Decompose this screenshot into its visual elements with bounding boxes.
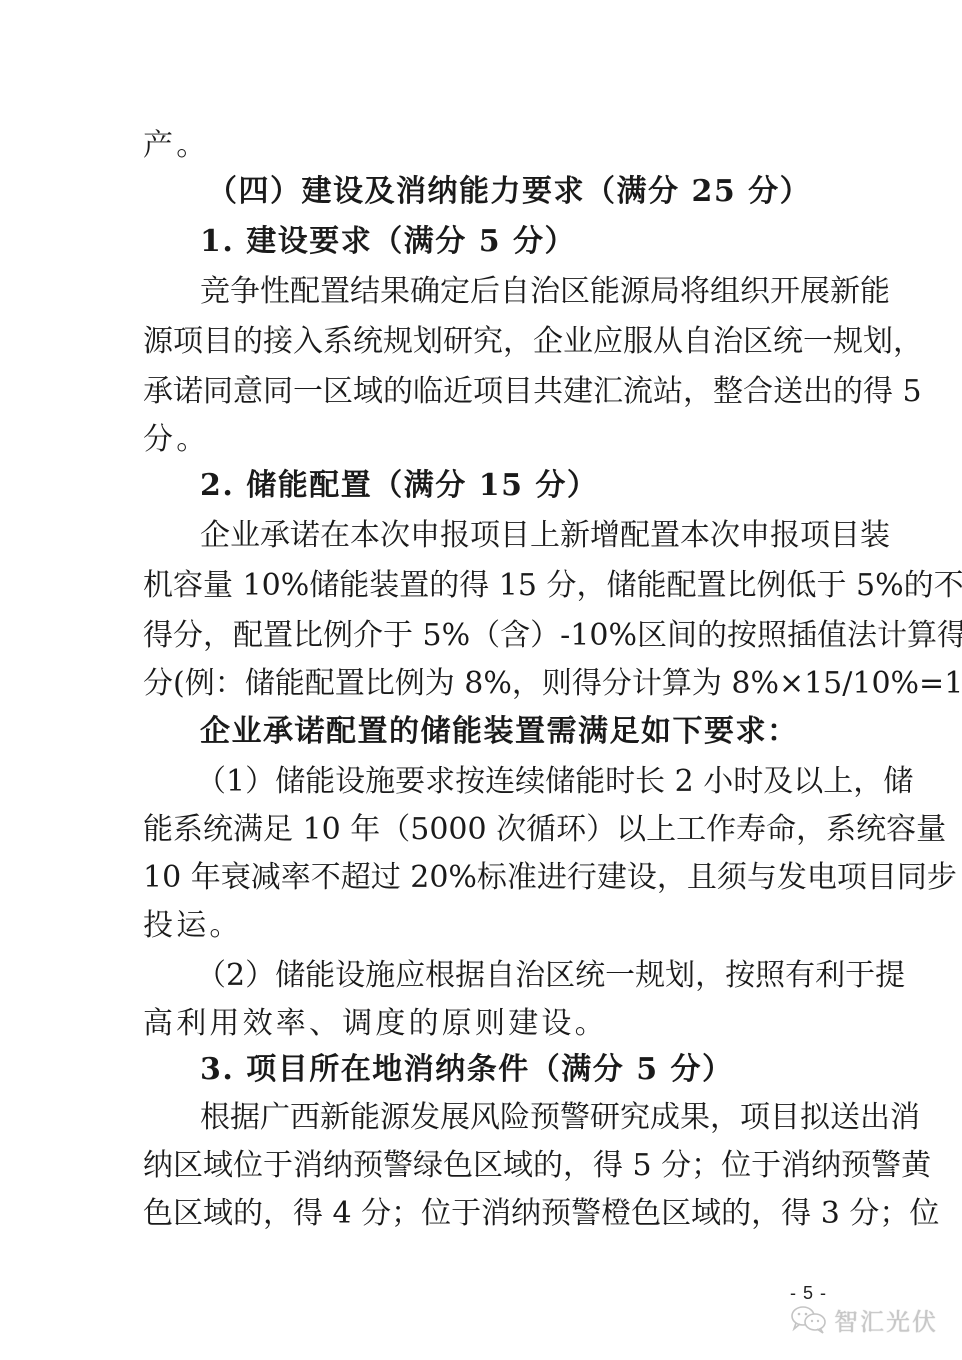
paragraph-line: 高利用效率、调度的原则建设。 [143,1004,815,1044]
requirements-heading: 企业承诺配置的储能装置需满足如下要求： [200,712,815,752]
document-page: 产。 （四）建设及消纳能力要求（满分 25 分） 1. 建设要求（满分 5 分）… [0,0,962,1360]
paragraph-line: 根据广西新能源发展风险预警研究成果，项目拟送出消 [200,1098,815,1138]
paragraph-line: 得分，配置比例介于 5%（含）-10%区间的按照插值法计算得 [143,616,815,656]
subsection-heading: 3. 项目所在地消纳条件（满分 5 分） [200,1050,815,1090]
wechat-icon [790,1305,828,1335]
paragraph-line: 投运。 [143,906,815,946]
paragraph-line: 企业承诺在本次申报项目上新增配置本次申报项目装 [200,516,815,556]
paragraph-line: 产。 [143,126,815,166]
watermark-text: 智汇光伏 [834,1302,938,1337]
paragraph-line: （1）储能设施要求按连续储能时长 2 小时及以上，储 [196,762,815,802]
paragraph-line: 竞争性配置结果确定后自治区能源局将组织开展新能 [200,272,815,312]
paragraph-line: 机容量 10%储能装置的得 15 分，储能配置比例低于 5%的不 [143,566,815,606]
subsection-heading: 2. 储能配置（满分 15 分） [200,466,815,506]
paragraph-line: 10 年衰减率不超过 20%标准进行建设，且须与发电项目同步 [143,858,815,898]
paragraph-line: 分。 [143,420,815,460]
paragraph-line: 纳区域位于消纳预警绿色区域的，得 5 分；位于消纳预警黄 [143,1146,815,1186]
paragraph-line: 能系统满足 10 年（5000 次循环）以上工作寿命，系统容量 [143,810,815,850]
subsection-heading: 1. 建设要求（满分 5 分） [200,222,815,262]
watermark: 智汇光伏 [790,1302,938,1337]
paragraph-line: 色区域的，得 4 分；位于消纳预警橙色区域的，得 3 分；位 [143,1194,815,1234]
paragraph-line: 承诺同意同一区域的临近项目共建汇流站，整合送出的得 5 [143,372,815,412]
section-heading: （四）建设及消纳能力要求（满分 25 分） [207,172,822,212]
paragraph-line: 分(例：储能配置比例为 8%，则得分计算为 8%×15/10%=12)。 [143,664,815,704]
paragraph-line: （2）储能设施应根据自治区统一规划，按照有利于提 [196,956,815,996]
paragraph-line: 源项目的接入系统规划研究，企业应服从自治区统一规划， [143,322,815,362]
page-number: - 5 - [790,1283,827,1304]
